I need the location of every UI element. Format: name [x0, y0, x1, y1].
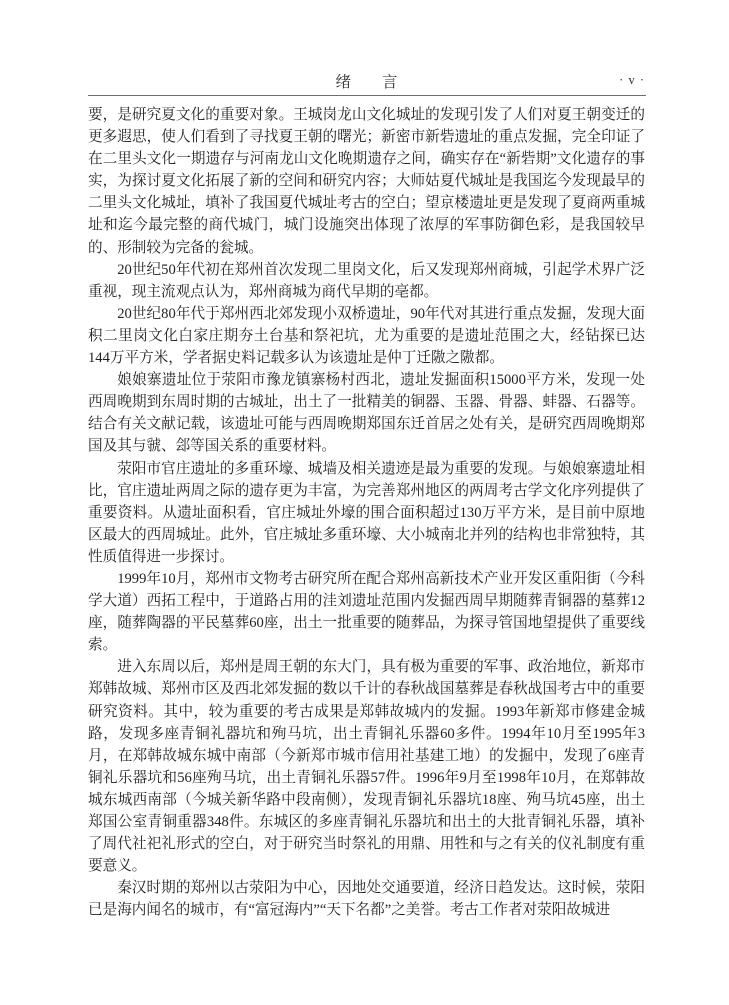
book-page: 绪 言 · v · 要，是研究夏文化的重要对象。王城岗龙山文化城址的发现引发了人…	[0, 0, 729, 1005]
paragraph: 要，是研究夏文化的重要对象。王城岗龙山文化城址的发现引发了人们对夏王朝变迁的更多…	[88, 104, 645, 259]
paragraph: 荥阳市官庄遗址的多重环壕、城墙及相关遗迹是最为重要的发现。与娘娘寨遗址相比，官庄…	[88, 458, 645, 568]
paragraph: 秦汉时期的郑州以古荥阳为中心，因地处交通要道，经济日趋发达。这时候，荥阳已是海内…	[88, 877, 645, 921]
page-header: 绪 言 · v ·	[88, 70, 645, 94]
header-rule	[88, 95, 646, 96]
body-text: 要，是研究夏文化的重要对象。王城岗龙山文化城址的发现引发了人们对夏王朝变迁的更多…	[88, 104, 645, 921]
chapter-title: 绪 言	[88, 70, 645, 92]
paragraph: 20世纪80年代于郑州西北郊发现小双桥遗址，90年代对其进行重点发掘，发现大面积…	[88, 303, 645, 369]
paragraph: 进入东周以后，郑州是周王朝的东大门，具有极为重要的军事、政治地位，新郑市郑韩故城…	[88, 656, 645, 877]
page-number: · v ·	[619, 73, 645, 88]
paragraph: 20世纪50年代初在郑州首次发现二里岗文化，后又发现郑州商城，引起学术界广泛重视…	[88, 259, 645, 303]
paragraph: 娘娘寨遗址位于荥阳市豫龙镇寨杨村西北，遗址发掘面积15000平方米，发现一处西周…	[88, 369, 645, 457]
paragraph: 1999年10月，郑州市文物考古研究所在配合郑州高新技术产业开发区重阳街（今科学…	[88, 568, 645, 656]
